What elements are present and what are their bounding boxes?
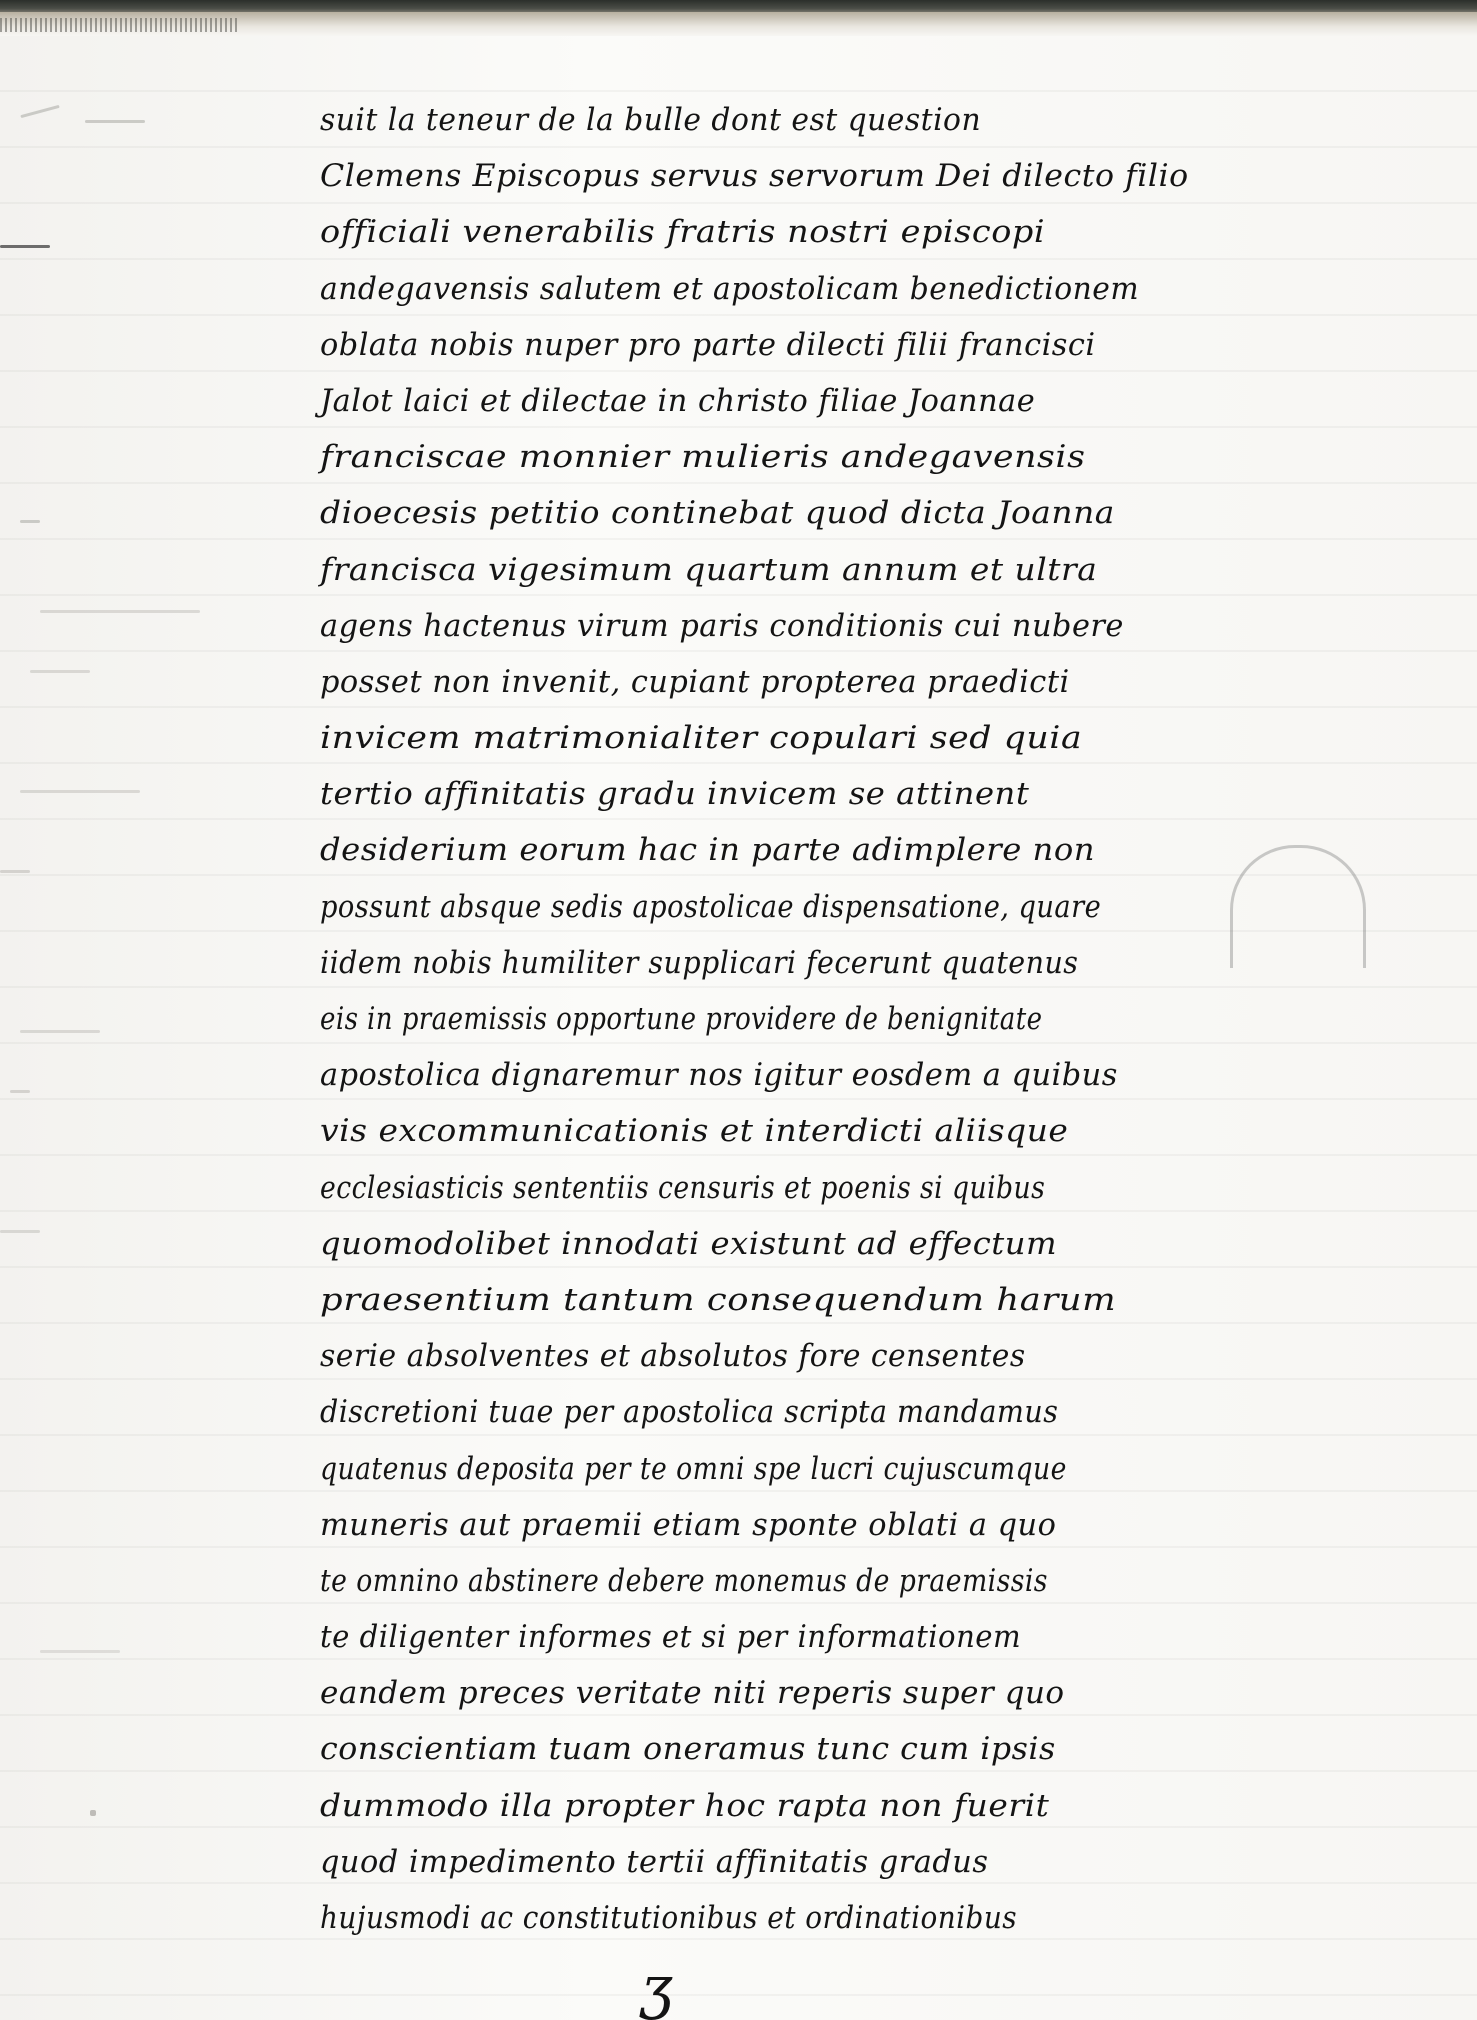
manuscript-line: praesentium tantum consequendum harum bbox=[320, 1272, 1477, 1328]
left-margin-bleed-through bbox=[0, 90, 300, 1990]
manuscript-line: discretioni tuae per apostolica scripta … bbox=[320, 1384, 1360, 1440]
manuscript-heading: suit la teneur de la bulle dont est ques… bbox=[320, 92, 1405, 148]
manuscript-line: hujusmodi ac constitutionibus et ordinat… bbox=[320, 1890, 1337, 1946]
manuscript-line: vis excommunicationis et interdicti alii… bbox=[320, 1103, 1477, 1159]
manuscript-line: posset non invenit, cupiant propterea pr… bbox=[320, 654, 1427, 710]
manuscript-line: serie absolventes et absolutos fore cens… bbox=[320, 1328, 1405, 1384]
manuscript-line: agens hactenus virum paris conditionis c… bbox=[320, 598, 1427, 654]
manuscript-line: Clemens Episcopus servus servorum Dei di… bbox=[320, 148, 1473, 204]
manuscript-line: ecclesiasticis sententiis censuris et po… bbox=[320, 1160, 1292, 1216]
manuscript-line: officiali venerabilis fratris nostri epi… bbox=[320, 204, 1477, 260]
manuscript-line: conscientiam tuam oneramus tunc cum ipsi… bbox=[320, 1721, 1473, 1777]
manuscript-text-block: suit la teneur de la bulle dont est ques… bbox=[320, 92, 1450, 1946]
manuscript-line: eis in praemissis opportune providere de… bbox=[320, 991, 1269, 1047]
manuscript-line: quomodolibet innodati existunt ad effect… bbox=[320, 1216, 1477, 1272]
manuscript-line: invicem matrimonialiter copulari sed qui… bbox=[320, 710, 1477, 766]
manuscript-line: possunt absque sedis apostolicae dispens… bbox=[320, 879, 1314, 935]
manuscript-line: oblata nobis nuper pro parte dilecti fil… bbox=[320, 317, 1427, 373]
manuscript-line: franciscae monnier mulieris andegavensis bbox=[320, 429, 1477, 485]
manuscript-line: desiderium eorum hac in parte adimplere … bbox=[320, 822, 1477, 878]
manuscript-line: muneris aut praemii etiam sponte oblati … bbox=[320, 1497, 1427, 1553]
manuscript-line: dioecesis petitio continebat quod dicta … bbox=[320, 485, 1477, 541]
manuscript-line: apostolica dignaremur nos igitur eosdem … bbox=[320, 1047, 1427, 1103]
manuscript-line: iidem nobis humiliter supplicari fecerun… bbox=[320, 935, 1360, 991]
manuscript-line: tertio affinitatis gradu invicem se atti… bbox=[320, 766, 1477, 822]
manuscript-line: quod impedimento tertii affinitatis grad… bbox=[320, 1834, 1427, 1890]
manuscript-line: francisca vigesimum quartum annum et ult… bbox=[320, 542, 1477, 598]
paraph-flourish: ʒ bbox=[640, 1955, 730, 2020]
manuscript-line: andegavensis salutem et apostolicam bene… bbox=[320, 261, 1405, 317]
manuscript-line: Jalot laici et dilectae in christo filia… bbox=[320, 373, 1427, 429]
manuscript-line: te diligenter informes et si per informa… bbox=[320, 1609, 1382, 1665]
manuscript-line: dummodo illa propter hoc rapta non fueri… bbox=[320, 1778, 1477, 1834]
manuscript-line: quatenus deposita per te omni spe lucri … bbox=[320, 1441, 1292, 1497]
manuscript-line: te omnino abstinere debere monemus de pr… bbox=[320, 1553, 1292, 1609]
scan-top-artifact bbox=[0, 18, 240, 32]
manuscript-line: eandem preces veritate niti reperis supe… bbox=[320, 1665, 1450, 1721]
